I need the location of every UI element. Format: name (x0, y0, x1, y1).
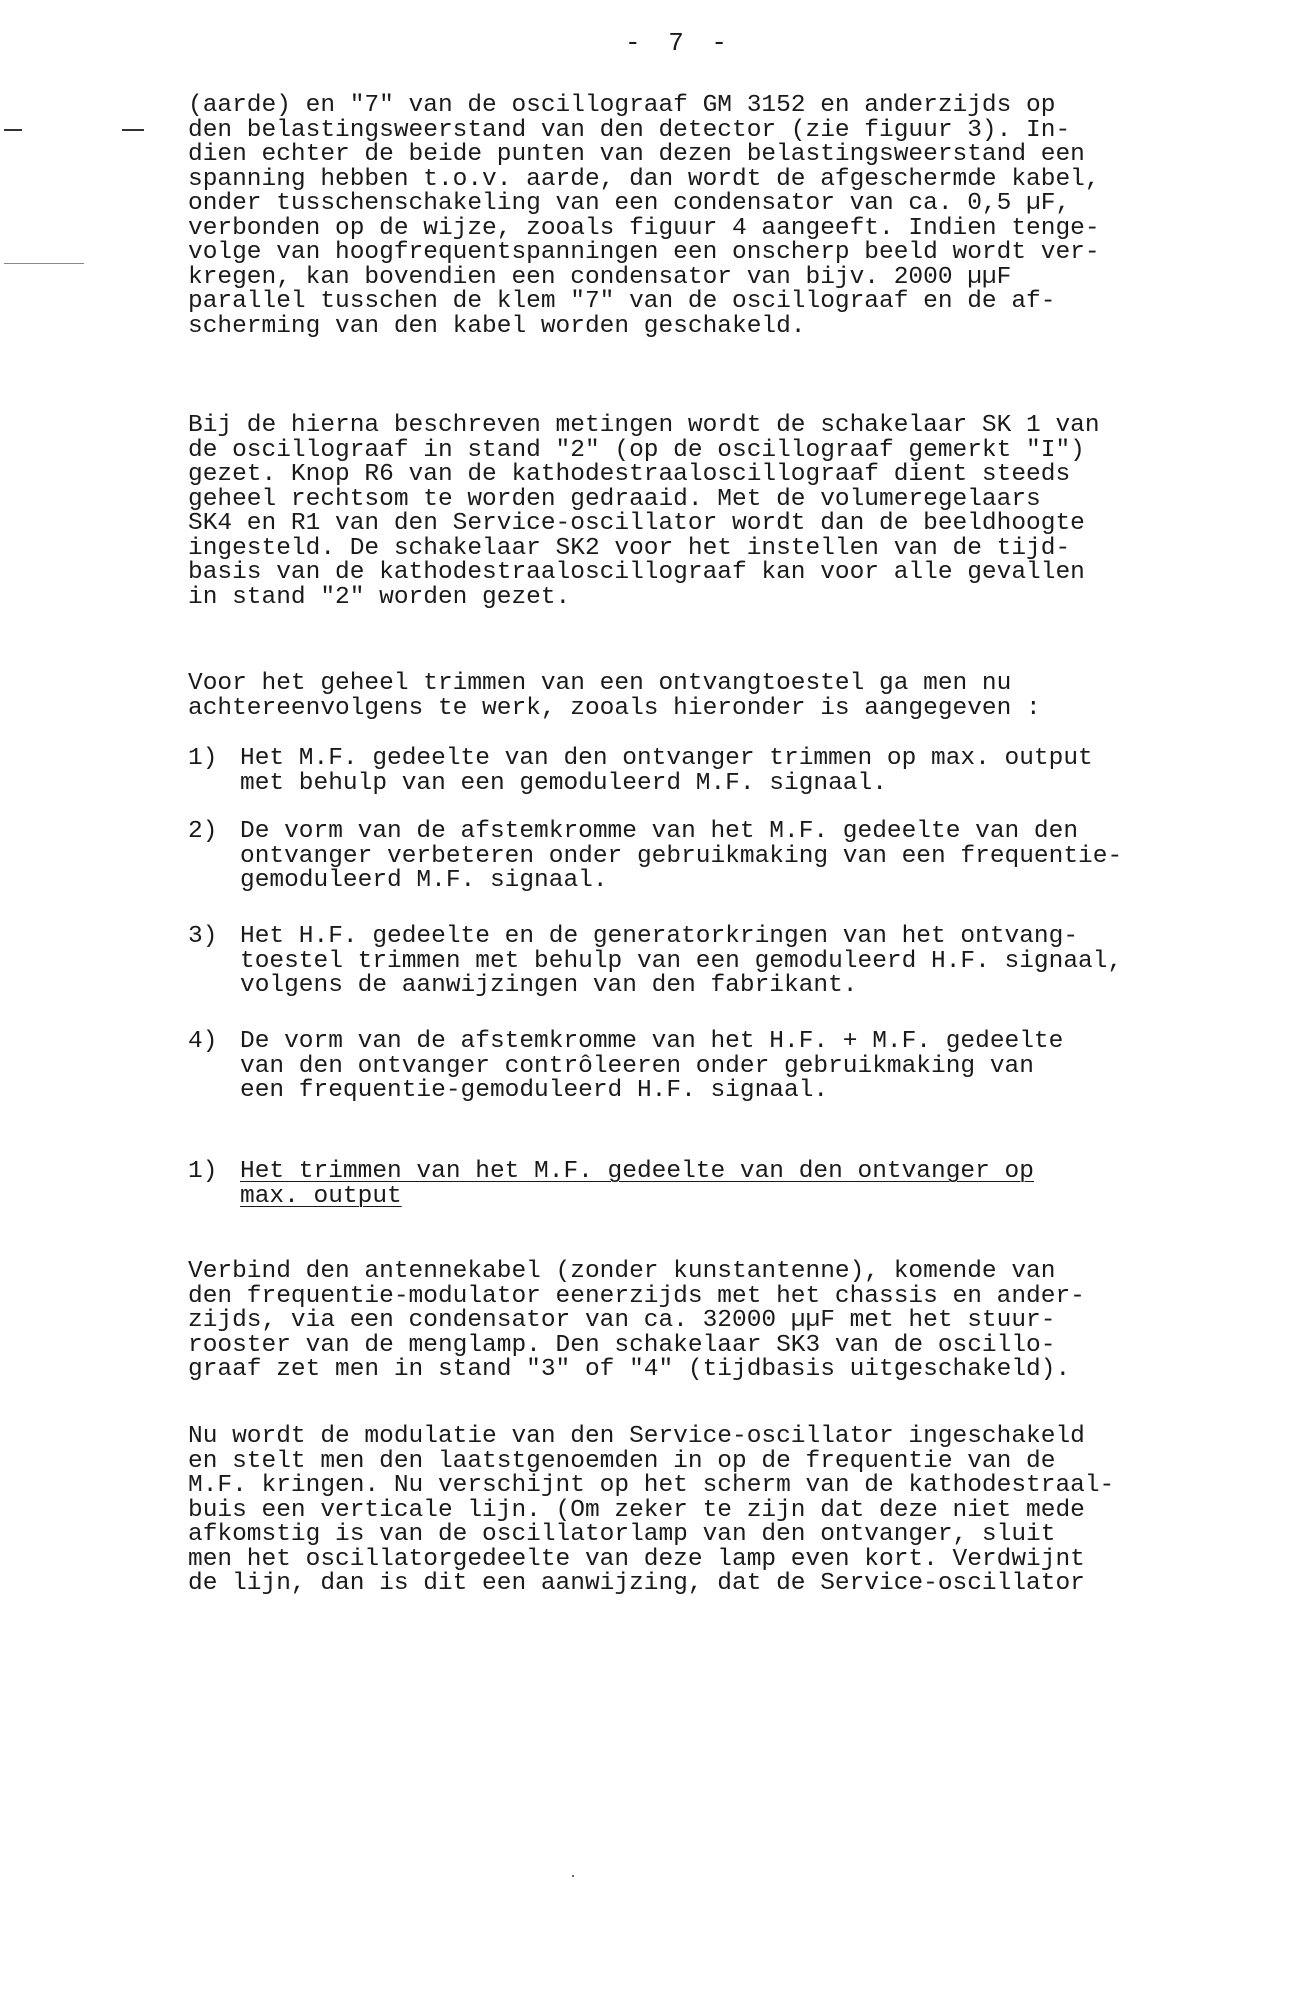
text-line: De vorm van de afstemkromme van het H.F.… (240, 1030, 1063, 1055)
step-number: 2) (188, 820, 217, 845)
paragraph-antenna: Verbind den antennekabel (zonder kunstan… (188, 1260, 1248, 1383)
text-line: geheel rechtsom te worden gedraaid. Met … (188, 488, 1248, 513)
text-line: basis van de kathodestraaloscillograaf k… (188, 561, 1248, 586)
text-line: gemoduleerd M.F. signaal. (240, 869, 1122, 894)
text-line: de oscillograaf in stand "2" (op de osci… (188, 439, 1248, 464)
paragraph-procedure: Voor het geheel trimmen van een ontvangt… (188, 672, 1248, 721)
step-number: 4) (188, 1030, 217, 1055)
page-number: - 7 - (625, 28, 733, 58)
text-line: Het trimmen van het M.F. gedeelte van de… (240, 1160, 1034, 1185)
step-text: De vorm van de afstemkromme van het H.F.… (240, 1030, 1063, 1104)
text-line: volge van hoogfrequentspanningen een ons… (188, 241, 1248, 266)
text-line: ingesteld. De schakelaar SK2 voor het in… (188, 537, 1248, 562)
text-line: gezet. Knop R6 van de kathodestraaloscil… (188, 463, 1248, 488)
text-line: van den ontvanger contrôleeren onder geb… (240, 1055, 1063, 1080)
text-line: met behulp van een gemoduleerd M.F. sign… (240, 772, 1093, 797)
text-line: de lijn, dan is dit een aanwijzing, dat … (188, 1572, 1248, 1597)
paragraph-measurements: Bij de hierna beschreven metingen wordt … (188, 414, 1248, 610)
text-line: verbonden op de wijze, zooals figuur 4 a… (188, 217, 1248, 242)
margin-mark (4, 263, 84, 264)
step-text: Het M.F. gedeelte van den ontvanger trim… (240, 747, 1093, 796)
step-number: 1) (188, 747, 217, 772)
text-line: De vorm van de afstemkromme van het M.F.… (240, 820, 1122, 845)
text-line: zijds, via een condensator van ca. 32000… (188, 1309, 1248, 1334)
paragraph-modulation: Nu wordt de modulatie van den Service-os… (188, 1425, 1248, 1597)
text-line: den belastingsweerstand van den detector… (188, 119, 1248, 144)
text-line: een frequentie-gemoduleerd H.F. signaal. (240, 1079, 1063, 1104)
step-number: 3) (188, 925, 217, 950)
section-number: 1) (188, 1160, 217, 1185)
text-line: den frequentie-modulator eenerzijds met … (188, 1285, 1248, 1310)
text-line: Nu wordt de modulatie van den Service-os… (188, 1425, 1248, 1450)
text-line: max. output (240, 1185, 1034, 1210)
speck (572, 1875, 574, 1877)
text-line: Voor het geheel trimmen van een ontvangt… (188, 672, 1248, 697)
text-line: in stand "2" worden gezet. (188, 586, 1248, 611)
text-line: volgens de aanwijzingen van den fabrikan… (240, 974, 1122, 999)
text-line: Het H.F. gedeelte en de generatorkringen… (240, 925, 1122, 950)
text-line: Bij de hierna beschreven metingen wordt … (188, 414, 1248, 439)
document-page: - 7 - (aarde) en "7" van de oscillograaf… (0, 0, 1299, 1996)
text-line: M.F. kringen. Nu verschijnt op het scher… (188, 1474, 1248, 1499)
paragraph-intro: (aarde) en "7" van de oscillograaf GM 31… (188, 94, 1248, 339)
text-line: men het oscillatorgedeelte van deze lamp… (188, 1548, 1248, 1573)
text-line: scherming van den kabel worden geschakel… (188, 315, 1248, 340)
text-line: SK4 en R1 van den Service-oscillator wor… (188, 512, 1248, 537)
step-text: De vorm van de afstemkromme van het M.F.… (240, 820, 1122, 894)
text-line: graaf zet men in stand "3" of "4" (tijdb… (188, 1358, 1248, 1383)
text-line: spanning hebben t.o.v. aarde, dan wordt … (188, 168, 1248, 193)
text-line: Verbind den antennekabel (zonder kunstan… (188, 1260, 1248, 1285)
text-line: kregen, kan bovendien een condensator va… (188, 266, 1248, 291)
text-line: rooster van de menglamp. Den schakelaar … (188, 1334, 1248, 1359)
margin-mark (122, 129, 144, 131)
section-title: Het trimmen van het M.F. gedeelte van de… (240, 1160, 1034, 1209)
text-line: en stelt men den laatstgenoemden in op d… (188, 1450, 1248, 1475)
text-line: toestel trimmen met behulp van een gemod… (240, 950, 1122, 975)
text-line: Het M.F. gedeelte van den ontvanger trim… (240, 747, 1093, 772)
text-line: achtereenvolgens te werk, zooals hierond… (188, 697, 1248, 722)
text-line: dien echter de beide punten van dezen be… (188, 143, 1248, 168)
text-line: onder tusschenschakeling van een condens… (188, 192, 1248, 217)
text-line: (aarde) en "7" van de oscillograaf GM 31… (188, 94, 1248, 119)
text-line: parallel tusschen de klem "7" van de osc… (188, 290, 1248, 315)
text-line: ontvanger verbeteren onder gebruikmaking… (240, 845, 1122, 870)
text-line: afkomstig is van de oscillatorlamp van d… (188, 1523, 1248, 1548)
text-line: buis een verticale lijn. (Om zeker te zi… (188, 1499, 1248, 1524)
step-text: Het H.F. gedeelte en de generatorkringen… (240, 925, 1122, 999)
margin-mark (4, 129, 22, 131)
